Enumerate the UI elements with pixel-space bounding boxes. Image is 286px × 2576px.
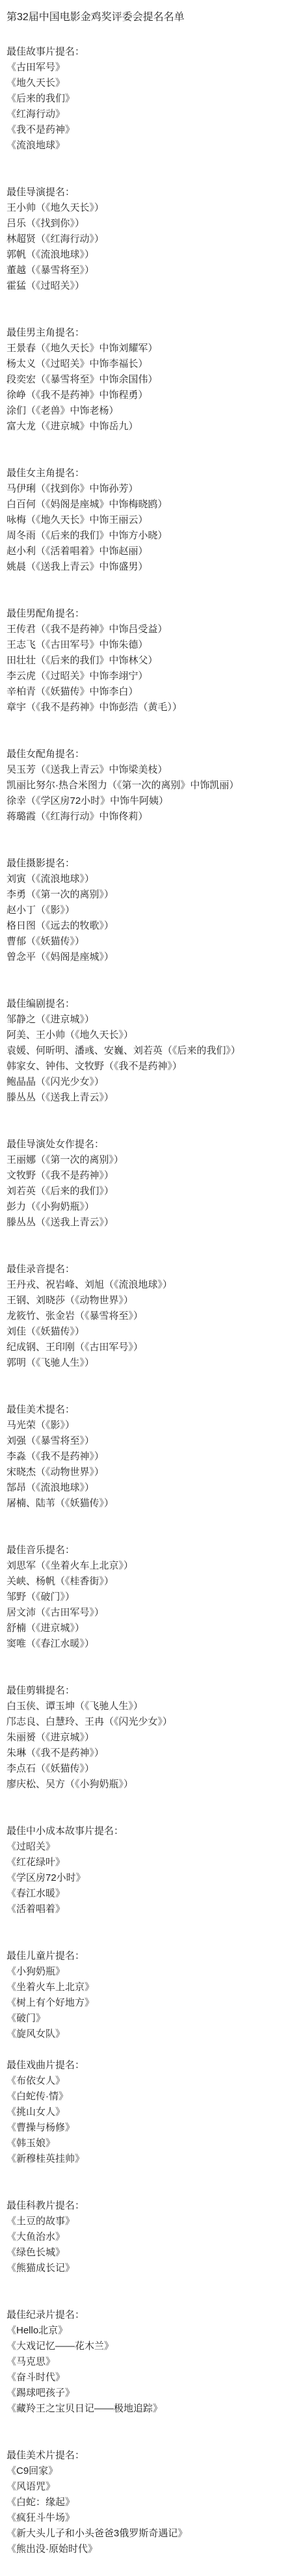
nomination-item: 白百何（《妈阁是座城》中饰梅晓鸥） <box>6 497 281 512</box>
nomination-item: 居文沛（《古田军号》） <box>6 1605 281 1621</box>
nomination-item: 滕丛丛（《送我上青云》） <box>6 1215 281 1230</box>
nomination-item: 徐峥（《我不是药神》中饰程勇） <box>6 388 281 403</box>
award-section: 最佳录音提名： 王丹戎、祝岩峰、刘旭（《流浪地球》） 王钢、刘晓莎（《动物世界》… <box>6 1262 281 1371</box>
nomination-item: 阿美、王小帅（《地久天长》） <box>6 1028 281 1043</box>
nomination-item: 林超贤（《红海行动》） <box>6 232 281 247</box>
nomination-item: 刘强（《暴雪将至》） <box>6 1433 281 1449</box>
nomination-item: 吕乐（《找到你》） <box>6 216 281 232</box>
nomination-item: 辛柏青（《妖猫传》中饰李白） <box>6 684 281 700</box>
nomination-item: 郭明（《飞驰人生》） <box>6 1355 281 1371</box>
nomination-item: 《春江水暖》 <box>6 1886 281 1902</box>
section-heading: 最佳儿童片提名： <box>6 1948 281 1964</box>
nomination-item: 《学区房72小时》 <box>6 1870 281 1886</box>
nomination-item: 王丹戎、祝岩峰、刘旭（《流浪地球》） <box>6 1277 281 1293</box>
nomination-item: 李淼（《我不是药神》） <box>6 1449 281 1465</box>
nomination-item: 曾念平（《妈阁是座城》） <box>6 949 281 965</box>
nomination-item: 朱丽赟（《进京城》） <box>6 1730 281 1746</box>
nomination-item: 《后来的我们》 <box>6 91 281 107</box>
nomination-item: 王钢、刘晓莎（《动物世界》） <box>6 1293 281 1308</box>
award-section: 最佳女配角提名： 吴玉芳（《送我上青云》中饰梁美枝） 凯丽比努尔·热合米图力（《… <box>6 747 281 825</box>
nomination-item: 曹郁（《妖猫传》） <box>6 934 281 949</box>
nomination-item: 《奋斗时代》 <box>6 2370 281 2385</box>
nomination-item: 王传君（《我不是药神》中饰吕受益） <box>6 622 281 637</box>
award-section: 最佳剪辑提名： 白玉侠、谭玉坤（《飞驰人生》） 邝志良、白慧玲、王冉（《闪光少女… <box>6 1683 281 1792</box>
section-heading: 最佳美术片提名： <box>6 2448 281 2463</box>
nomination-item: 《坐着火车上北京》 <box>6 1980 281 1995</box>
section-heading: 最佳美术提名： <box>6 1402 281 1418</box>
nomination-item: 《熊出没·原始时代》 <box>6 2542 281 2557</box>
nomination-item: 邹野（《破门》） <box>6 1589 281 1605</box>
nomination-item: 吴玉芳（《送我上青云》中饰梁美枝） <box>6 762 281 778</box>
nomination-item: 袁媛、何昕明、潘彧、安巍、刘若英（《后来的我们》） <box>6 1043 281 1059</box>
nomination-item: 《活着唱着》 <box>6 1902 281 1917</box>
award-section: 最佳导演处女作提名： 王丽娜（《第一次的离别》） 文牧野（《我不是药神》） 刘若… <box>6 1137 281 1230</box>
nomination-item: 《大鱼治水》 <box>6 2229 281 2245</box>
nomination-item: 龙筱竹、张金岩（《暴雪将至》） <box>6 1308 281 1324</box>
section-heading: 最佳导演提名： <box>6 185 281 200</box>
nomination-item: 《过昭关》 <box>6 1839 281 1855</box>
sections-container: 最佳故事片提名： 《古田军号》 《地久天长》 《后来的我们》 《红海行动》 《我… <box>6 44 281 2557</box>
nomination-item: 廖庆松、吴方（《小狗奶瓶》） <box>6 1777 281 1792</box>
nomination-item: 《曹操与杨修》 <box>6 2120 281 2136</box>
nomination-item: 李勇（《第一次的离别》） <box>6 887 281 903</box>
nomination-item: 王丽娜（《第一次的离别》） <box>6 1152 281 1168</box>
award-section: 最佳纪录片提名： 《Hello北京》 《大戏记忆——花木兰》 《马克思》 《奋斗… <box>6 2307 281 2417</box>
nomination-item: 《土豆的故事》 <box>6 2214 281 2229</box>
section-heading: 最佳女主角提名： <box>6 466 281 481</box>
award-section: 最佳故事片提名： 《古田军号》 《地久天长》 《后来的我们》 《红海行动》 《我… <box>6 44 281 153</box>
nomination-item: 《新穆桂英挂帅》 <box>6 2151 281 2167</box>
section-heading: 最佳女配角提名： <box>6 747 281 762</box>
section-heading: 最佳中小成本故事片提名： <box>6 1824 281 1839</box>
award-section: 最佳音乐提名： 刘思军（《坐着火车上北京》） 关峡、杨帆（《桂香街》） 邹野（《… <box>6 1543 281 1652</box>
section-heading: 最佳纪录片提名： <box>6 2307 281 2323</box>
nomination-item: 《踢球吧孩子》 <box>6 2385 281 2401</box>
nomination-item: 李云虎（《过昭关》中饰李翊宁） <box>6 669 281 684</box>
nomination-item: 《韩玉娘》 <box>6 2136 281 2151</box>
nomination-item: 《疯狂斗牛场》 <box>6 2510 281 2526</box>
nomination-item: 刘思军（《坐着火车上北京》） <box>6 1558 281 1574</box>
nomination-item: 《C9回家》 <box>6 2463 281 2479</box>
nomination-item: 文牧野（《我不是药神》） <box>6 1168 281 1184</box>
page-title: 第32届中国电影金鸡奖评委会提名名单 <box>6 10 281 25</box>
section-heading: 最佳录音提名： <box>6 1262 281 1277</box>
section-heading: 最佳剪辑提名： <box>6 1683 281 1699</box>
nomination-item: 《新大头儿子和小头爸爸3俄罗斯奇遇记》 <box>6 2526 281 2542</box>
nomination-item: 徐幸（《学区房72小时》中饰牛阿姨） <box>6 793 281 809</box>
nomination-item: 段奕宏（《暴雪将至》中饰余国伟） <box>6 372 281 388</box>
nomination-item: 纪成钢、王印刚（《古田军号》） <box>6 1340 281 1355</box>
nomination-item: 王小帅（《地久天长》） <box>6 200 281 216</box>
nomination-document: 第32届中国电影金鸡奖评委会提名名单 最佳故事片提名： 《古田军号》 《地久天长… <box>6 10 281 2557</box>
section-heading: 最佳戏曲片提名： <box>6 2058 281 2073</box>
award-section: 最佳儿童片提名： 《小狗奶瓶》 《坐着火车上北京》 《树上有个好地方》 《破门》… <box>6 1948 281 2042</box>
award-section: 最佳编剧提名： 邹静之（《进京城》） 阿美、王小帅（《地久天长》） 袁媛、何昕明… <box>6 996 281 1106</box>
nomination-item: 朱琳（《我不是药神》） <box>6 1746 281 1761</box>
nomination-item: 屠楠、陆苇（《妖猫传》） <box>6 1496 281 1511</box>
nomination-item: 《马克思》 <box>6 2354 281 2370</box>
nomination-item: 王景春（《地久天长》中饰刘耀军） <box>6 341 281 356</box>
nomination-item: 《小狗奶瓶》 <box>6 1964 281 1980</box>
nomination-item: 《熊猫成长记》 <box>6 2261 281 2276</box>
award-section: 最佳男主角提名： 王景春（《地久天长》中饰刘耀军） 杨太义（《过昭关》中饰李福长… <box>6 325 281 434</box>
nomination-item: 彭力（《小狗奶瓶》） <box>6 1199 281 1215</box>
nomination-item: 杨太义（《过昭关》中饰李福长） <box>6 356 281 372</box>
nomination-item: 关峡、杨帆（《桂香街》） <box>6 1574 281 1589</box>
nomination-item: 《流浪地球》 <box>6 138 281 153</box>
award-section: 最佳戏曲片提名： 《布依女人》 《白蛇传·情》 《挑山女人》 《曹操与杨修》 《… <box>6 2058 281 2167</box>
nomination-item: 赵小丁（《影》） <box>6 903 281 918</box>
nomination-item: 涂们（《老兽》中饰老杨） <box>6 403 281 419</box>
nomination-item: 《树上有个好地方》 <box>6 1995 281 2011</box>
nomination-item: 富大龙（《进京城》中饰岳九） <box>6 419 281 434</box>
award-section: 最佳美术片提名： 《C9回家》 《风语咒》 《白蛇：缘起》 《疯狂斗牛场》 《新… <box>6 2448 281 2557</box>
nomination-item: 白玉侠、谭玉坤（《飞驰人生》） <box>6 1699 281 1714</box>
nomination-item: 宋晓杰（《动物世界》） <box>6 1465 281 1480</box>
nomination-item: 滕丛丛（《送我上青云》） <box>6 1090 281 1106</box>
award-section: 最佳男配角提名： 王传君（《我不是药神》中饰吕受益） 王志飞（《古田军号》中饰朱… <box>6 606 281 715</box>
section-heading: 最佳编剧提名： <box>6 996 281 1012</box>
nomination-item: 王志飞（《古田军号》中饰朱德） <box>6 637 281 653</box>
nomination-item: 咏梅（《地久天长》中饰王丽云） <box>6 512 281 528</box>
nomination-item: 周冬雨（《后来的我们》中饰方小晓） <box>6 528 281 544</box>
nomination-item: 《Hello北京》 <box>6 2323 281 2339</box>
nomination-item: 《我不是药神》 <box>6 122 281 138</box>
award-section: 最佳女主角提名： 马伊琍（《找到你》中饰孙芳） 白百何（《妈阁是座城》中饰梅晓鸥… <box>6 466 281 575</box>
nomination-item: 《挑山女人》 <box>6 2105 281 2120</box>
nomination-item: 蒋璐霞（《红海行动》中饰佟莉） <box>6 809 281 825</box>
nomination-item: 窦唯（《春江水暖》） <box>6 1636 281 1652</box>
nomination-item: 舒楠（《进京城》） <box>6 1621 281 1636</box>
nomination-item: 《白蛇传·情》 <box>6 2089 281 2105</box>
nomination-item: 刘寅（《流浪地球》） <box>6 871 281 887</box>
nomination-item: 郭帆（《流浪地球》） <box>6 247 281 263</box>
nomination-item: 《红花绿叶》 <box>6 1855 281 1870</box>
award-section: 最佳导演提名： 王小帅（《地久天长》） 吕乐（《找到你》） 林超贤（《红海行动》… <box>6 185 281 294</box>
nomination-item: 邝志良、白慧玲、王冉（《闪光少女》） <box>6 1714 281 1730</box>
nomination-item: 格日图（《远去的牧歌》） <box>6 918 281 934</box>
document-body: { "page": { "title": "第32届中国电影金鸡奖评委会提名名单… <box>0 0 286 2576</box>
nomination-item: 鲍晶晶（《闪光少女》） <box>6 1074 281 1090</box>
nomination-item: 李点石（《妖猫传》） <box>6 1761 281 1777</box>
nomination-item: 马伊琍（《找到你》中饰孙芳） <box>6 481 281 497</box>
nomination-item: 马光荣（《影》） <box>6 1418 281 1433</box>
section-heading: 最佳故事片提名： <box>6 44 281 60</box>
nomination-item: 《古田军号》 <box>6 60 281 75</box>
nomination-item: 《布依女人》 <box>6 2073 281 2089</box>
section-heading: 最佳男主角提名： <box>6 325 281 341</box>
section-heading: 最佳摄影提名： <box>6 856 281 871</box>
nomination-item: 董越（《暴雪将至》） <box>6 263 281 278</box>
nomination-item: 郜昂（《流浪地球》） <box>6 1480 281 1496</box>
nomination-item: 《旋风女队》 <box>6 2026 281 2042</box>
nomination-item: 赵小利（《活着唱着》中饰赵丽） <box>6 544 281 559</box>
nomination-item: 《白蛇：缘起》 <box>6 2495 281 2510</box>
nomination-item: 章宇（《我不是药神》中饰彭浩（黄毛）） <box>6 700 281 715</box>
nomination-item: 《地久天长》 <box>6 75 281 91</box>
nomination-item: 《藏羚王之宝贝日记——极地追踪》 <box>6 2401 281 2417</box>
nomination-item: 韩家女、钟伟、文牧野（《我不是药神》） <box>6 1059 281 1074</box>
award-section: 最佳摄影提名： 刘寅（《流浪地球》） 李勇（《第一次的离别》） 赵小丁（《影》）… <box>6 856 281 965</box>
award-section: 最佳美术提名： 马光荣（《影》） 刘强（《暴雪将至》） 李淼（《我不是药神》） … <box>6 1402 281 1511</box>
section-heading: 最佳音乐提名： <box>6 1543 281 1558</box>
nomination-item: 刘若英（《后来的我们》） <box>6 1184 281 1199</box>
nomination-item: 姚晨（《送我上青云》中饰盛男） <box>6 559 281 575</box>
nomination-item: 《大戏记忆——花木兰》 <box>6 2339 281 2354</box>
nomination-item: 霍猛（《过昭关》） <box>6 278 281 294</box>
nomination-item: 刘佳（《妖猫传》） <box>6 1324 281 1340</box>
nomination-item: 《风语咒》 <box>6 2479 281 2495</box>
award-section: 最佳科教片提名： 《土豆的故事》 《大鱼治水》 《绿色长城》 《熊猫成长记》 <box>6 2198 281 2276</box>
nomination-item: 邹静之（《进京城》） <box>6 1012 281 1028</box>
nomination-item: 《红海行动》 <box>6 107 281 122</box>
section-heading: 最佳男配角提名： <box>6 606 281 622</box>
nomination-item: 《破门》 <box>6 2011 281 2026</box>
nomination-item: 田壮壮（《后来的我们》中饰林父） <box>6 653 281 669</box>
nomination-item: 凯丽比努尔·热合米图力（《第一次的离别》中饰凯丽） <box>6 778 281 793</box>
section-heading: 最佳科教片提名： <box>6 2198 281 2214</box>
nomination-item: 《绿色长城》 <box>6 2245 281 2261</box>
section-heading: 最佳导演处女作提名： <box>6 1137 281 1152</box>
award-section: 最佳中小成本故事片提名： 《过昭关》 《红花绿叶》 《学区房72小时》 《春江水… <box>6 1824 281 1917</box>
